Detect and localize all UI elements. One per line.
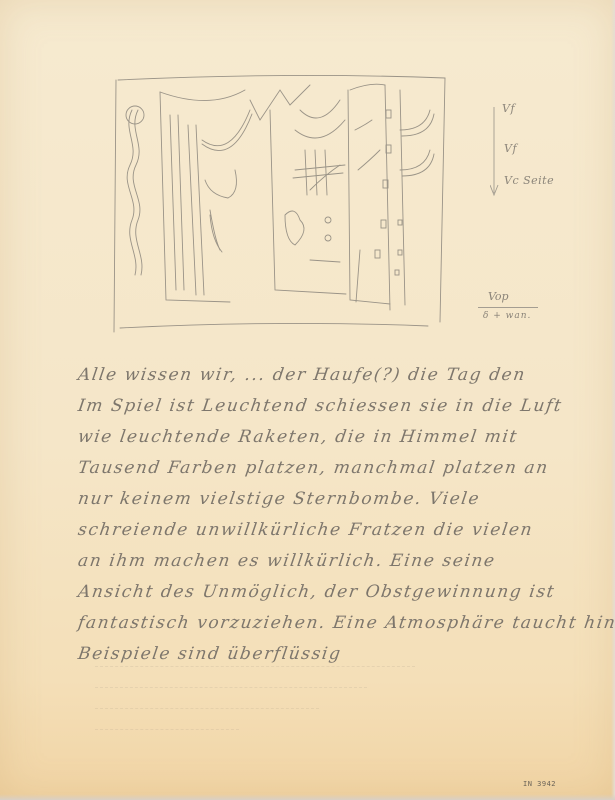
text-line: wie leuchtende Raketen, die in Himmel mi… (76, 422, 610, 453)
side-note-3: Vc Seite (504, 174, 554, 187)
page-bottom-edge (0, 794, 615, 800)
side-note-2: Vf (504, 142, 517, 155)
text-line: fantastisch vorzuziehen. Eine Atmosphäre… (76, 608, 610, 639)
handwritten-text: Alle wissen wir, ... der Haufe(?) die Ta… (78, 360, 608, 670)
text-line: Im Spiel ist Leuchtend schiessen sie in … (76, 391, 610, 422)
faint-line (95, 650, 415, 667)
page-edge (611, 0, 615, 800)
text-line: Tausend Farben platzen, manchmal platzen… (76, 453, 610, 484)
down-arrow-icon (490, 105, 502, 200)
catalog-number: IN 3942 (523, 780, 556, 788)
text-line: nur keinem vielstige Sternbombe. Viele (76, 484, 610, 515)
pencil-sketch (110, 70, 480, 340)
side-note-1: Vf (502, 102, 515, 115)
text-line: schreiende unwillkürliche Fratzen die vi… (76, 515, 610, 546)
text-line: Ansicht des Unmöglich, der Obstgewinnung… (76, 577, 610, 608)
scale-denominator: δ + wan. (483, 311, 531, 321)
side-notes: Vf Vf Vc Seite (490, 100, 570, 200)
faint-line (95, 692, 319, 709)
scale-numerator: Vop (488, 290, 509, 303)
scale-note: Vop δ + wan. (478, 290, 548, 340)
text-line: an ihm machen es willkürlich. Eine seine (76, 546, 610, 577)
manuscript-page: Vf Vf Vc Seite Vop δ + wan. Alle wissen … (0, 0, 615, 800)
text-line: Alle wissen wir, ... der Haufe(?) die Ta… (76, 360, 610, 391)
faint-line (95, 713, 239, 730)
fraction-rule (478, 307, 538, 308)
bleedthrough-text (95, 650, 415, 740)
faint-line (95, 671, 367, 688)
